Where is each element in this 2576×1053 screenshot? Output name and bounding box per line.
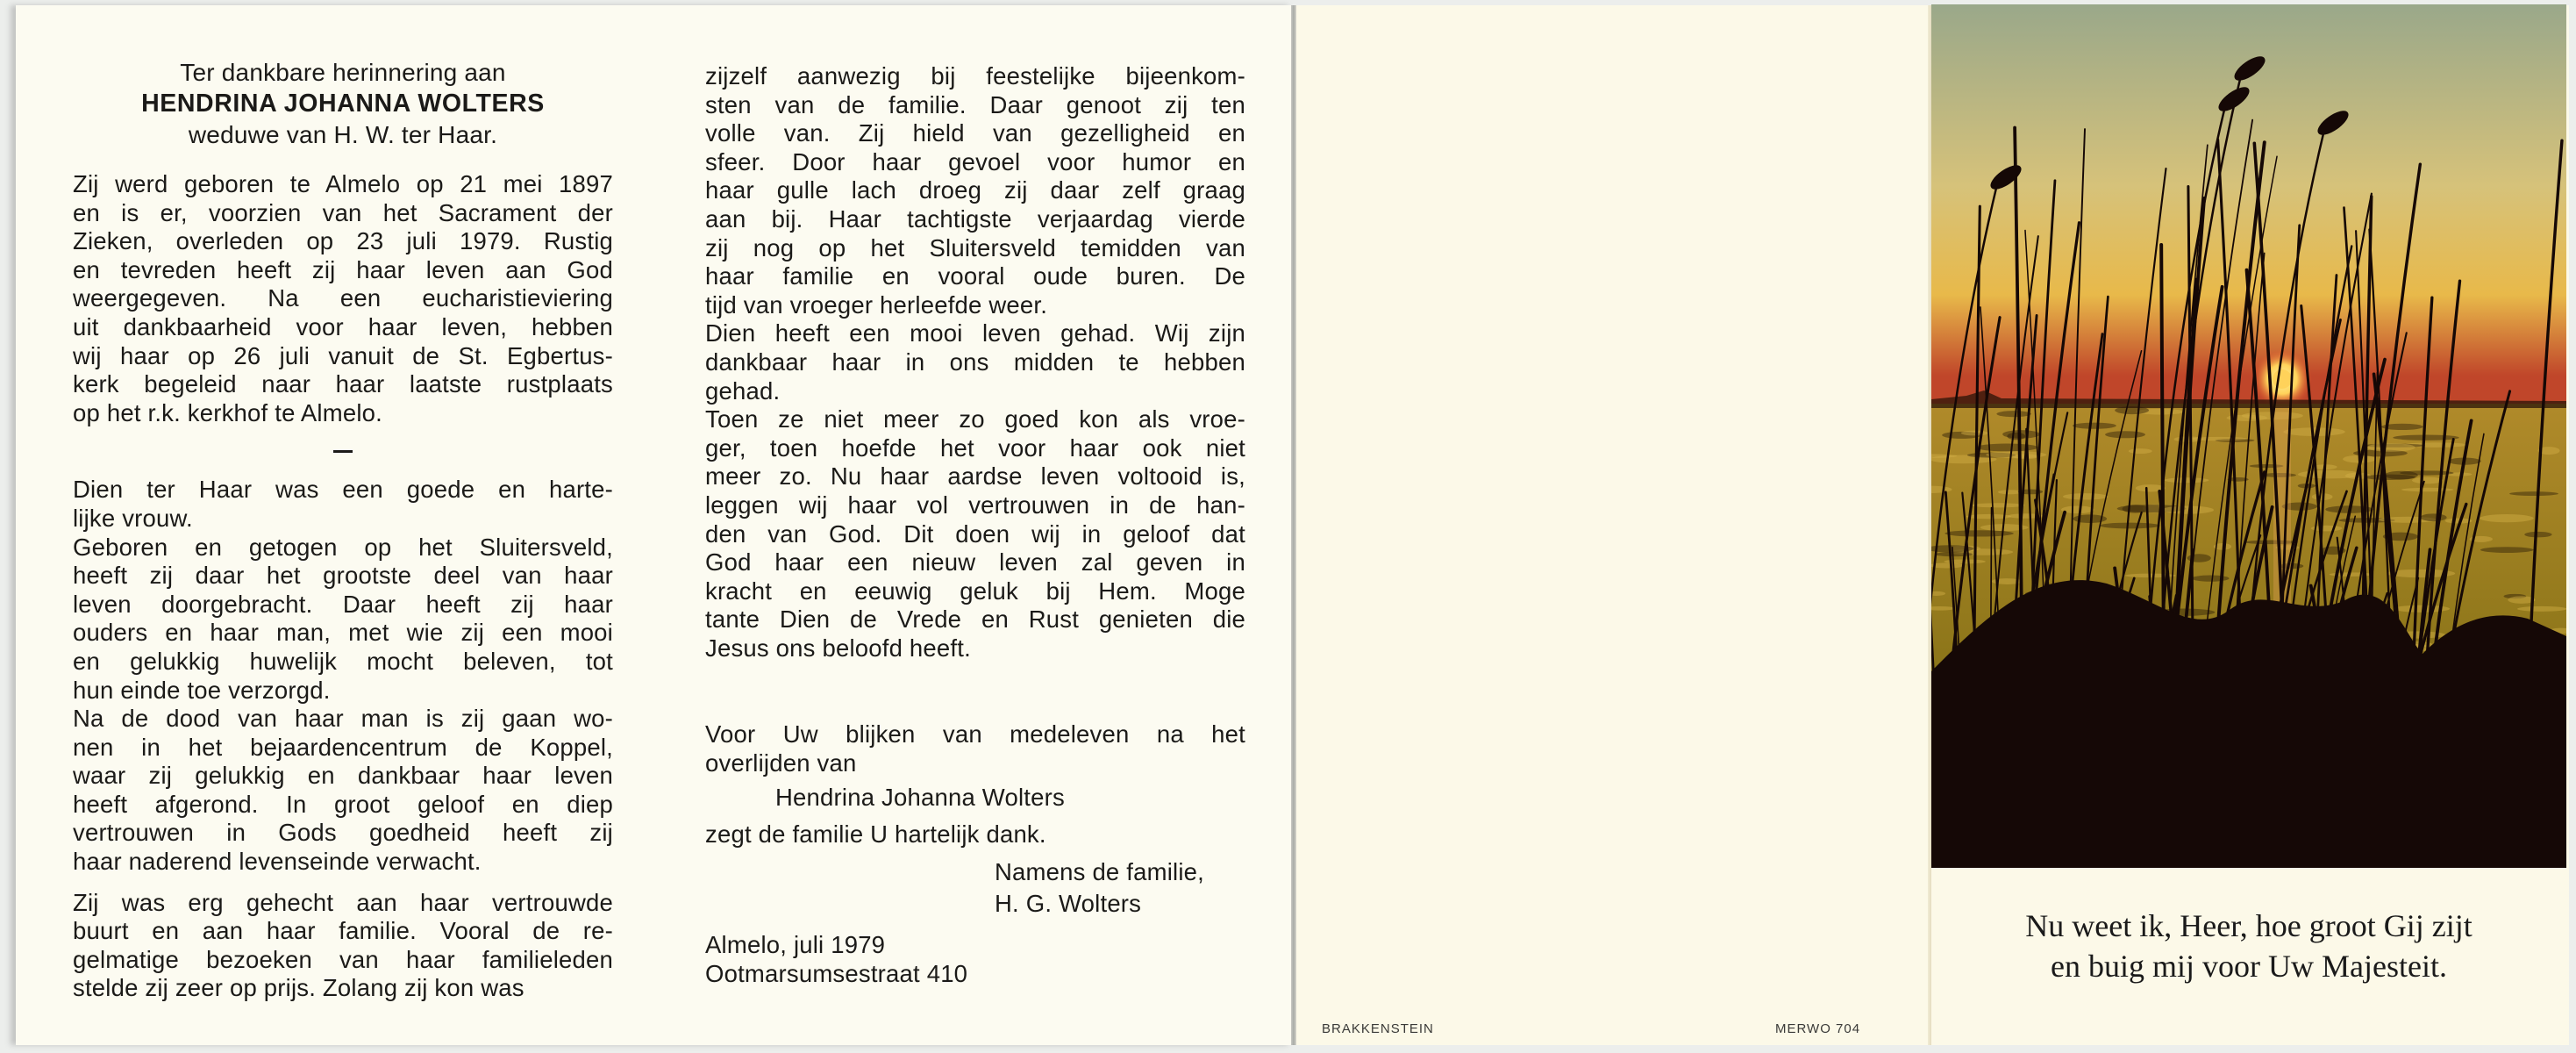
text-line: volle van. Zij hield van gezelligheid en	[705, 119, 1245, 148]
text-line: dankbaar haar in ons midden te hebben	[705, 348, 1245, 377]
text-line: sten van de familie. Daar genoot zij ten	[705, 91, 1245, 120]
panel-1-text: Ter dankbare herinnering aan HENDRINA JO…	[73, 58, 613, 1003]
signatory: H. G. Wolters	[705, 890, 1245, 919]
text-line: Dien ter Haar was een goede en harte-	[73, 476, 613, 505]
text-line: weergegeven. Na een eucharistieviering	[73, 284, 613, 313]
text-line: Zieken, overleden op 23 juli 1979. Rusti…	[73, 227, 613, 256]
text-line: tijd van vroeger herleefde weer.	[705, 291, 1245, 320]
deceased-name: HENDRINA JOHANNA WOLTERS	[73, 88, 613, 119]
text-line: Toen ze niet meer zo goed kon als vroe-	[705, 405, 1245, 434]
text-line: Geboren en getogen op het Sluitersveld,	[73, 534, 613, 562]
text-line: haar familie en vooral oude buren. De	[705, 262, 1245, 291]
thanks-line-1: Voor Uw blijken van medeleven na het	[705, 720, 1245, 749]
text-line: gehad.	[705, 377, 1245, 406]
place-date: Almelo, juli 1979	[705, 931, 1245, 960]
text-line: heeft zij daar het grootste deel van haa…	[73, 562, 613, 591]
text-line: leggen wij haar vol vertrouwen in de han…	[705, 491, 1245, 520]
text-line: kracht en eeuwig geluk bij Hem. Moge	[705, 577, 1245, 606]
text-line: haar gulle lach droeg zij daar zelf graa…	[705, 176, 1245, 205]
signoff: Namens de familie,	[705, 858, 1245, 887]
text-line: aan bij. Haar tachtigste verjaardag vier…	[705, 205, 1245, 234]
text-line: heeft afgerond. In groot geloof en diep	[73, 791, 613, 820]
thanks-line-2: overlijden van	[705, 749, 1245, 778]
text-line: Jesus ons beloofd heeft.	[705, 634, 1245, 663]
verse-line-2: en buig mij voor Uw Majesteit.	[1931, 946, 2566, 986]
biography-paragraph-2: Dien ter Haar was een goede en harte-lij…	[73, 476, 613, 876]
text-line: wij haar op 26 juli vanuit de St. Egbert…	[73, 342, 613, 371]
text-line: en gelukkig huwelijk mocht beleven, tot	[73, 648, 613, 677]
text-line: op het r.k. kerkhof te Almelo.	[73, 399, 613, 428]
text-line: ouders en haar man, met wie zij een mooi	[73, 619, 613, 648]
text-line: gelmatige bezoeken van haar familieleden	[73, 946, 613, 975]
text-line: sfeer. Door haar gevoel voor humor en	[705, 148, 1245, 177]
verse-line-1: Nu weet ik, Heer, hoe groot Gij zijt	[1931, 906, 2566, 946]
text-line: Zij was erg gehecht aan haar vertrouwde	[73, 889, 613, 918]
text-line: tante Dien de Vrede en Rust genieten die	[705, 605, 1245, 634]
text-line: buurt en aan haar familie. Vooral de re-	[73, 917, 613, 946]
biography-paragraph-4: zijzelf aanwezig bij feestelijke bijeenk…	[705, 62, 1245, 663]
thanks-line-3: zegt de familie U hartelijk dank.	[705, 820, 1245, 849]
publisher-imprint: BRAKKENSTEIN	[1322, 1021, 1434, 1036]
text-line: zijzelf aanwezig bij feestelijke bijeenk…	[705, 62, 1245, 91]
text-line: stelde zij zeer op prijs. Zolang zij kon…	[73, 974, 613, 1003]
text-line: God haar een nieuw leven zal geven in	[705, 548, 1245, 577]
sunset-reeds-photo	[1931, 4, 2566, 868]
text-line: Zij werd geboren te Almelo op 21 mei 189…	[73, 170, 613, 199]
text-line: nen in het bejaardencentrum de Koppel,	[73, 734, 613, 763]
text-line: uit dankbaarheid voor haar leven, hebben	[73, 313, 613, 342]
dedication-intro: Ter dankbare herinnering aan	[73, 58, 613, 88]
text-line: waar zij gelukkig en dankbaar haar leven	[73, 762, 613, 791]
text-line: en tevreden heeft zij haar leven aan God	[73, 256, 613, 285]
text-line: kerk begeleid naar haar laatste rustplaa…	[73, 370, 613, 399]
separator-dash	[333, 450, 353, 453]
verse-text: Nu weet ik, Heer, hoe groot Gij zijt en …	[1931, 906, 2566, 986]
panel-2-text: zijzelf aanwezig bij feestelijke bijeenk…	[705, 62, 1245, 988]
text-line: en is er, voorzien van het Sacrament der	[73, 199, 613, 228]
text-line: vertrouwen in Gods goedheid heeft zij	[73, 819, 613, 848]
thanks-deceased-name: Hendrina Johanna Wolters	[705, 784, 1245, 813]
card-fold	[1291, 5, 1296, 1045]
text-line: Dien heeft een mooi leven gehad. Wij zij…	[705, 319, 1245, 348]
text-line: Na de dood van haar man is zij gaan wo-	[73, 705, 613, 734]
text-line: den van God. Dit doen wij in geloof dat	[705, 520, 1245, 549]
product-code: MERWO 704	[1775, 1021, 1860, 1036]
text-line: haar naderend levenseinde verwacht.	[73, 848, 613, 877]
text-line: leven doorgebracht. Daar heeft zij haar	[73, 591, 613, 620]
text-line: meer zo. Nu haar aardse leven voltooid i…	[705, 462, 1245, 491]
biography-paragraph-1: Zij werd geboren te Almelo op 21 mei 189…	[73, 170, 613, 427]
text-line: zij nog op het Sluitersveld temidden van	[705, 234, 1245, 263]
address: Ootmarsumsestraat 410	[705, 960, 1245, 989]
text-line: lijke vrouw.	[73, 505, 613, 534]
text-line: ger, toen hoefde het voor haar ook niet	[705, 434, 1245, 463]
text-line: hun einde toe verzorgd.	[73, 677, 613, 706]
biography-paragraph-3: Zij was erg gehecht aan haar vertrouwdeb…	[73, 889, 613, 1003]
widow-of-line: weduwe van H. W. ter Haar.	[73, 119, 613, 151]
